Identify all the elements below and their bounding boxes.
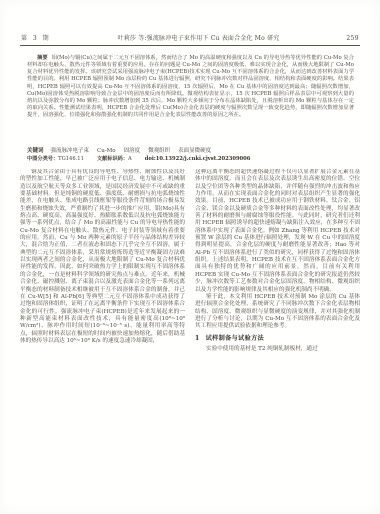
body-columns: 铜及其合金由于具有优良的导电性、导热性、耐蚀性以及良好的塑性加工性能，早已被广泛… [20,169,360,506]
clc-label: 中图分类号： [27,156,58,162]
page-header: 第 3 期 叶莉莎 等:强流脉冲电子束作用下 Cu 表面合金化 Mo 研究 25… [21,33,359,42]
keywords-label: 关键词 [27,148,44,154]
intro-paragraph-right: 这种远离平衡态的超快速熔凝过程不仅可以显著扩展合金元素在基体中的固溶度，而且会在… [195,169,360,294]
intro-paragraph-left: 铜及其合金由于具有优良的导电性、导热性、耐蚀性以及良好的塑性加工性能，早已被广泛… [20,169,185,345]
header-running-title: 叶莉莎 等:强流脉冲电子束作用下 Cu 表面合金化 Mo 研究 [51,33,347,42]
left-column: 铜及其合金由于具有优良的导电性、导热性、耐蚀性以及良好的塑性加工性能，早已被广泛… [20,169,185,506]
doc-code-label: 文献标识码： [97,156,128,162]
section-1-first-line: 实验中使用的基材是 T2 纯铜轧制板材，通过 [195,346,360,353]
abstract-text: 钼(Mo)与铜(Cu)之间属于二元互不固溶体系，然而结合了 Mo 的高温硬度和强… [27,55,354,118]
right-column: 这种远离平衡态的超快速熔凝过程不仅可以显著扩展合金元素在基体中的固溶度，而且会在… [195,169,360,506]
header-page-number: 259 [346,35,359,42]
keyword-item: 强流脉冲电子束 [51,148,90,154]
classification-row: 中图分类号：TG146.11文献标识码：Adoi:10.13922/j.cnki… [27,155,354,162]
keywords-row: 关键词强流脉冲电子束Cu-Mo固溶度微观组织表面显微硬度 [27,146,354,154]
purpose-paragraph: 鉴于此，本文利用 HCPEB 技术对预制 Mo 涂层的 Cu 基体进行辐照合金化… [195,294,360,331]
keyword-item: 表面显微硬度 [178,148,211,154]
clc-value: TG146.11 [58,156,84,162]
keyword-item: 固溶度 [124,148,141,154]
doi-text: doi:10.13922/j.cnki.cjvst.202309006 [145,156,251,162]
doc-code-value: A [128,156,132,162]
header-rule [20,45,360,46]
abstract-block: 摘要钼(Mo)与铜(Cu)之间属于二元互不固溶体系，然而结合了 Mo 的高温硬度… [27,55,354,119]
abstract-label: 摘要 [37,55,48,61]
section-1-title: 试样制备与试验方法 [206,335,264,342]
paper-page: 第 3 期 叶莉莎 等:强流脉冲电子束作用下 Cu 表面合金化 Mo 研究 25… [0,0,380,514]
section-1-number: 1 [195,335,200,342]
header-issue-label: 第 3 期 [21,33,51,42]
section-1-heading: 1试样制备与试验方法 [195,335,360,343]
keyword-item: 微观组织 [148,148,170,154]
keyword-item: Cu-Mo [97,148,116,154]
